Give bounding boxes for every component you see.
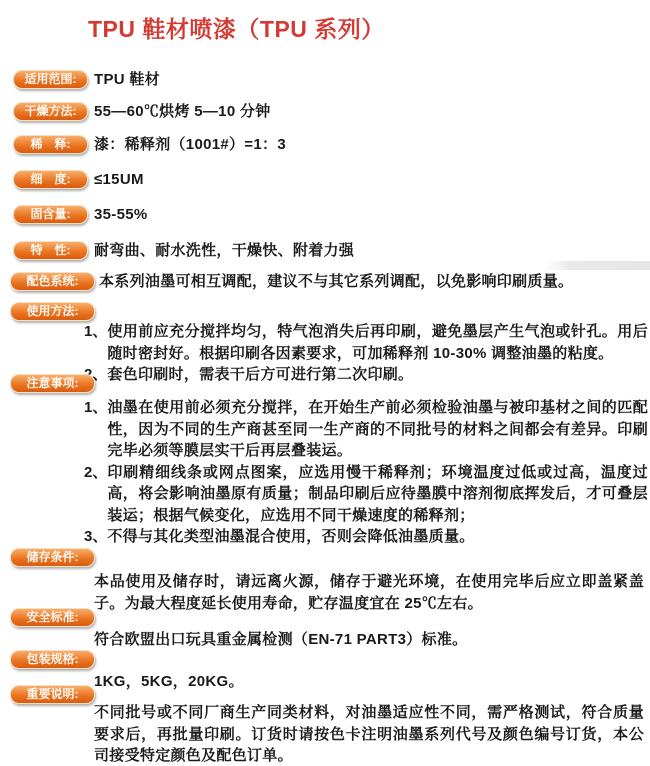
field-value-dilution: 漆：稀释剂（1001#）=1：3 [94,135,286,154]
field-usage-method: 使用方法: 1、 使用前应充分搅拌均匀，特气泡消失后再印刷，避免墨层产生气泡或针… [0,302,650,386]
field-badge-precautions: 注意事项: [10,374,95,393]
precaution-item-text: 不得与其化类型油墨混合使用，否则会降低油墨质量。 [107,526,648,548]
field-badge-safety-standard: 安全标准: [10,608,95,627]
usage-step: 1、 使用前应充分搅拌均匀，特气泡消失后再印刷，避免墨层产生气泡或针孔。用后随时… [84,321,648,364]
precaution-item: 1、 油墨在使用前必须充分搅拌，在开始生产前必须检验油墨与被印基材之间的匹配性，… [84,397,648,462]
precautions-list: 1、 油墨在使用前必须充分搅拌，在开始生产前必须检验油墨与被印基材之间的匹配性，… [84,397,648,548]
field-important-notes: 重要说明: 不同批号或不同厂商生产同类材料，对油墨适应性不同，需严格测试，符合质… [0,685,650,766]
precaution-item-number: 2、 [84,462,107,484]
field-badge-packaging-spec: 包装规格: [10,650,95,669]
precaution-item: 2、 印刷精细线条或网点图案，应选用慢干稀释剂；环境温度过低或过高，温度过高，将… [84,462,648,527]
field-fineness: 细 度: ≤15UM [0,170,650,189]
field-badge-dilution: 稀 释: [13,135,88,154]
product-spec-document: TPU 鞋材喷漆（TPU 系列） 适用范围: TPU 鞋材 干燥方法: 55—6… [0,0,650,766]
field-value-characteristics: 耐弯曲、耐水洗性，干燥快、附着力强 [94,241,354,260]
field-solid-content: 固含量: 35-55% [0,205,650,224]
precaution-item-number: 3、 [84,526,107,548]
usage-step-text: 使用前应充分搅拌均匀，特气泡消失后再印刷，避免墨层产生气泡或针孔。用后随时密封好… [107,321,648,364]
precaution-item-text: 油墨在使用前必须充分搅拌，在开始生产前必须检验油墨与被印基材之间的匹配性，因为不… [107,397,648,462]
usage-step-number: 1、 [84,321,107,343]
field-value-application-scope: TPU 鞋材 [94,70,160,89]
precaution-item-text: 印刷精细线条或网点图案，应选用慢干稀释剂；环境温度过低或过高，温度过高，将会影响… [107,462,648,527]
field-value-fineness: ≤15UM [94,170,144,189]
field-color-matching: 配色系统: 本系列油墨可相互调配，建议不与其它系列调配，以免影响印刷质量。 [0,272,650,291]
scan-artifact [545,261,650,270]
field-application-scope: 适用范围: TPU 鞋材 [0,70,650,89]
field-dilution: 稀 释: 漆：稀释剂（1001#）=1：3 [0,135,650,154]
field-precautions: 注意事项: 1、 油墨在使用前必须充分搅拌，在开始生产前必须检验油墨与被印基材之… [0,374,650,548]
field-drying-method: 干燥方法: 55—60℃烘烤 5—10 分钟 [0,102,650,121]
precaution-item: 3、 不得与其化类型油墨混合使用，否则会降低油墨质量。 [84,526,648,548]
field-value-solid-content: 35-55% [94,205,148,224]
field-badge-solid-content: 固含量: [13,205,88,224]
field-badge-storage-conditions: 储存条件: [10,548,95,567]
field-storage-conditions: 储存条件: 本品使用及储存时，请远离火源，储存于避光环境，在使用完毕后应立即盖紧… [0,548,650,614]
field-badge-color-matching: 配色系统: [10,272,95,291]
field-badge-characteristics: 特 性: [13,241,88,260]
field-badge-usage-method: 使用方法: [10,302,95,321]
page-title: TPU 鞋材喷漆（TPU 系列） [88,11,385,44]
field-badge-fineness: 细 度: [13,170,88,189]
field-badge-application-scope: 适用范围: [13,70,88,89]
field-value-safety-standard: 符合欧盟出口玩具重金属检测（EN-71 PART3）标准。 [94,629,644,651]
field-value-color-matching: 本系列油墨可相互调配，建议不与其它系列调配，以免影响印刷质量。 [99,272,573,291]
field-safety-standard: 安全标准: 符合欧盟出口玩具重金属检测（EN-71 PART3）标准。 [0,608,650,651]
precaution-item-number: 1、 [84,397,107,419]
field-badge-important-notes: 重要说明: [10,685,95,704]
field-badge-drying-method: 干燥方法: [13,102,88,121]
field-characteristics: 特 性: 耐弯曲、耐水洗性，干燥快、附着力强 [0,241,650,260]
field-value-important-notes: 不同批号或不同厂商生产同类材料，对油墨适应性不同，需严格测试，符合质量要求后，再… [94,702,644,766]
field-value-drying-method: 55—60℃烘烤 5—10 分钟 [94,102,271,121]
